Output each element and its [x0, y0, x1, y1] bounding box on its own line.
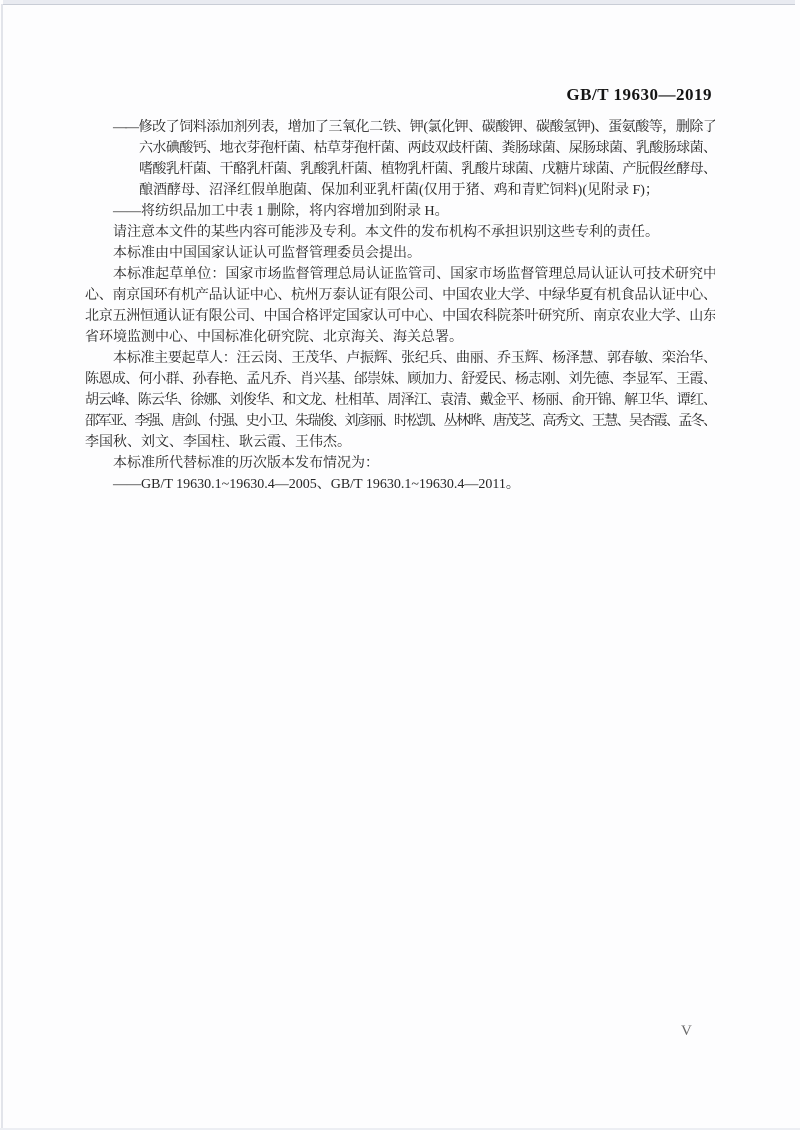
text-line: 本标准主要起草人：汪云岗、王茂华、卢振辉、张纪兵、曲丽、乔玉辉、杨泽慧、郭春敏、…: [85, 348, 715, 369]
page-number: V: [681, 1023, 692, 1040]
document-page: GB/T 19630—2019 ——修改了饲料添加剂列表，增加了三氧化二铁、钾(…: [0, 0, 800, 1130]
text-line: 本标准所代替标准的历次版本发布情况为：: [85, 453, 715, 474]
foreword-text-block: ——修改了饲料添加剂列表，增加了三氧化二铁、钾(氯化钾、碳酸钾、碳酸氢钾)、蛋氨…: [85, 117, 715, 495]
text-line: 省环境监测中心、中国标准化研究院、北京海关、海关总署。: [85, 327, 715, 348]
text-line: 六水碘酸钙、地衣芽孢杆菌、枯草芽孢杆菌、两歧双歧杆菌、粪肠球菌、屎肠球菌、乳酸肠…: [85, 138, 715, 159]
text-line: 北京五洲恒通认证有限公司、中国合格评定国家认可中心、中国农科院茶叶研究所、南京农…: [85, 306, 715, 327]
text-line: 心、南京国环有机产品认证中心、杭州万泰认证有限公司、中国农业大学、中绿华夏有机食…: [85, 285, 715, 306]
text-line: 本标准由中国国家认证认可监督管理委员会提出。: [85, 243, 715, 264]
text-line: ——修改了饲料添加剂列表，增加了三氧化二铁、钾(氯化钾、碳酸钾、碳酸氢钾)、蛋氨…: [85, 117, 715, 138]
text-line: ——GB/T 19630.1~19630.4—2005、GB/T 19630.1…: [85, 474, 715, 495]
text-line: 陈恩成、何小群、孙春艳、孟凡乔、肖兴基、邰崇妹、顾加力、舒爱民、杨志刚、刘先德、…: [85, 369, 715, 390]
text-line: 邵军亚、李强、唐剑、付强、史小卫、朱瑞俊、刘彦丽、时松凯、丛林晔、唐茂芝、高秀文…: [85, 411, 715, 432]
scan-edge-left: [1, 4, 3, 1128]
text-line: 嗜酸乳杆菌、干酪乳杆菌、乳酸乳杆菌、植物乳杆菌、乳酸片球菌、戊糖片球菌、产朊假丝…: [85, 159, 715, 180]
text-line: ——将纺织品加工中表 1 删除，将内容增加到附录 H。: [85, 201, 715, 222]
scan-edge-top: [3, 0, 795, 5]
text-line: 胡云峰、陈云华、徐娜、刘俊华、和文龙、杜相革、周泽江、袁清、戴金平、杨丽、俞开锦…: [85, 390, 715, 411]
text-line: 本标准起草单位：国家市场监督管理总局认证监管司、国家市场监督管理总局认证认可技术…: [85, 264, 715, 285]
text-line: 酿酒酵母、沼泽红假单胞菌、保加利亚乳杆菌(仅用于猪、鸡和青贮饲料)(见附录 F)…: [85, 180, 715, 201]
text-line: 李国秋、刘文、李国柱、耿云霞、王伟杰。: [85, 432, 715, 453]
text-line: 请注意本文件的某些内容可能涉及专利。本文件的发布机构不承担识别这些专利的责任。: [85, 222, 715, 243]
standard-number: GB/T 19630—2019: [566, 85, 712, 105]
